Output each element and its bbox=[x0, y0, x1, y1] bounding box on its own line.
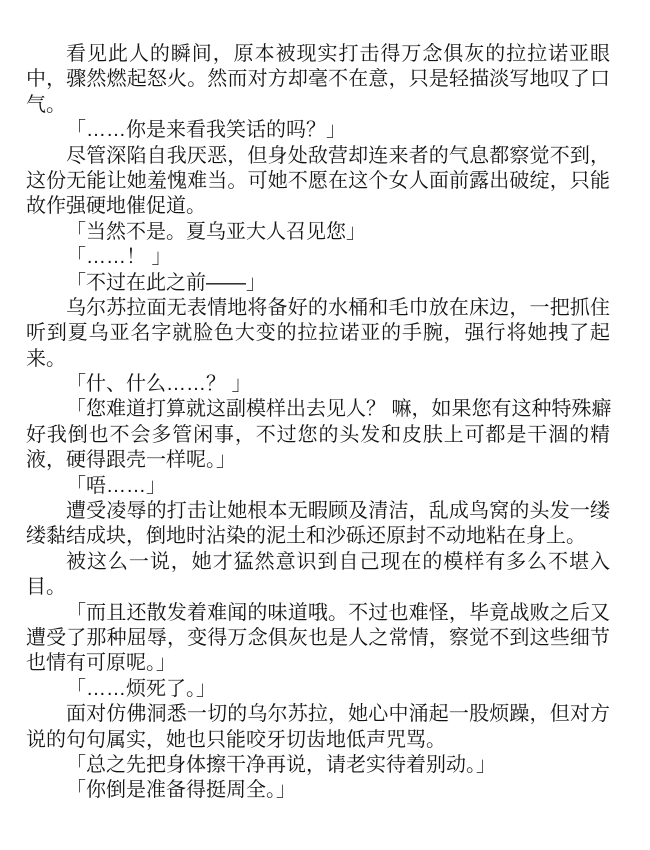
text-line: 说的句句属实，她也只能咬牙切齿地低声咒骂。 bbox=[26, 728, 610, 753]
text-line: 「你倒是准备得挺周全。」 bbox=[26, 778, 610, 803]
paragraph: 「而且还散发着难闻的味道哦。不过也难怪，毕竟战败之后又遭受了那种屈辱，变得万念俱… bbox=[26, 601, 610, 677]
text-line: 液，硬得跟壳一样呢。」 bbox=[26, 448, 610, 473]
paragraph: 「您难道打算就这副模样出去见人？ 嘛，如果您有这种特殊癖好我倒也不会多管闲事，不… bbox=[26, 397, 610, 473]
text-line: 「什、什么……？ 」 bbox=[26, 372, 610, 397]
text-column: 看见此人的瞬间，原本被现实打击得万念俱灰的拉拉诺亚眼中，骤然燃起怒火。然而对方却… bbox=[26, 42, 610, 804]
novel-page: 看见此人的瞬间，原本被现实打击得万念俱灰的拉拉诺亚眼中，骤然燃起怒火。然而对方却… bbox=[0, 0, 650, 850]
paragraph: 「不过在此之前——」 bbox=[26, 271, 610, 296]
text-line: 被这么一说，她才猛然意识到自己现在的模样有多么不堪入 bbox=[26, 550, 610, 575]
text-line: 「当然不是。夏乌亚大人召见您」 bbox=[26, 220, 610, 245]
text-line: 好我倒也不会多管闲事，不过您的头发和皮肤上可都是干涸的精 bbox=[26, 423, 610, 448]
text-line: 「……烦死了。」 bbox=[26, 677, 610, 702]
paragraph: 「总之先把身体擦干净再说，请老实待着别动。」 bbox=[26, 753, 610, 778]
paragraph: 乌尔苏拉面无表情地将备好的水桶和毛巾放在床边，一把抓住听到夏乌亚名字就脸色大变的… bbox=[26, 296, 610, 372]
text-line: 听到夏乌亚名字就脸色大变的拉拉诺亚的手腕，强行将她拽了起 bbox=[26, 321, 610, 346]
text-line: 故作强硬地催促道。 bbox=[26, 194, 610, 219]
paragraph: 「……你是来看我笑话的吗？」 bbox=[26, 118, 610, 143]
text-line: 「唔……」 bbox=[26, 474, 610, 499]
text-line: 缕黏结成块，倒地时沾染的泥土和沙砾还原封不动地粘在身上。 bbox=[26, 524, 610, 549]
paragraph: 遭受凌辱的打击让她根本无暇顾及清洁，乱成鸟窝的头发一缕缕黏结成块，倒地时沾染的泥… bbox=[26, 499, 610, 550]
text-line: 中，骤然燃起怒火。然而对方却毫不在意，只是轻描淡写地叹了口 bbox=[26, 67, 610, 92]
text-line: 遭受了那种屈辱，变得万念俱灰也是人之常情，察觉不到这些细节 bbox=[26, 626, 610, 651]
text-line: 「而且还散发着难闻的味道哦。不过也难怪，毕竟战败之后又 bbox=[26, 601, 610, 626]
paragraph: 尽管深陷自我厌恶，但身处敌营却连来者的气息都察觉不到，这份无能让她羞愧难当。可她… bbox=[26, 144, 610, 220]
paragraph: 「……！ 」 bbox=[26, 245, 610, 270]
text-line: 「您难道打算就这副模样出去见人？ 嘛，如果您有这种特殊癖 bbox=[26, 397, 610, 422]
paragraph: 「唔……」 bbox=[26, 474, 610, 499]
paragraph: 看见此人的瞬间，原本被现实打击得万念俱灰的拉拉诺亚眼中，骤然燃起怒火。然而对方却… bbox=[26, 42, 610, 118]
text-line: 目。 bbox=[26, 575, 610, 600]
text-line: 看见此人的瞬间，原本被现实打击得万念俱灰的拉拉诺亚眼 bbox=[26, 42, 610, 67]
text-line: 来。 bbox=[26, 347, 610, 372]
paragraph: 「你倒是准备得挺周全。」 bbox=[26, 778, 610, 803]
text-line: 也情有可原呢。」 bbox=[26, 651, 610, 676]
paragraph: 「当然不是。夏乌亚大人召见您」 bbox=[26, 220, 610, 245]
paragraph: 「……烦死了。」 bbox=[26, 677, 610, 702]
paragraph: 被这么一说，她才猛然意识到自己现在的模样有多么不堪入目。 bbox=[26, 550, 610, 601]
text-line: 气。 bbox=[26, 93, 610, 118]
text-line: 面对仿佛洞悉一切的乌尔苏拉，她心中涌起一股烦躁，但对方 bbox=[26, 702, 610, 727]
text-line: 「……！ 」 bbox=[26, 245, 610, 270]
paragraph: 面对仿佛洞悉一切的乌尔苏拉，她心中涌起一股烦躁，但对方说的句句属实，她也只能咬牙… bbox=[26, 702, 610, 753]
paragraph: 「什、什么……？ 」 bbox=[26, 372, 610, 397]
text-line: 「……你是来看我笑话的吗？」 bbox=[26, 118, 610, 143]
text-line: 「总之先把身体擦干净再说，请老实待着别动。」 bbox=[26, 753, 610, 778]
text-line: 这份无能让她羞愧难当。可她不愿在这个女人面前露出破绽，只能 bbox=[26, 169, 610, 194]
text-line: 「不过在此之前——」 bbox=[26, 271, 610, 296]
text-line: 遭受凌辱的打击让她根本无暇顾及清洁，乱成鸟窝的头发一缕 bbox=[26, 499, 610, 524]
text-line: 尽管深陷自我厌恶，但身处敌营却连来者的气息都察觉不到， bbox=[26, 144, 610, 169]
text-line: 乌尔苏拉面无表情地将备好的水桶和毛巾放在床边，一把抓住 bbox=[26, 296, 610, 321]
